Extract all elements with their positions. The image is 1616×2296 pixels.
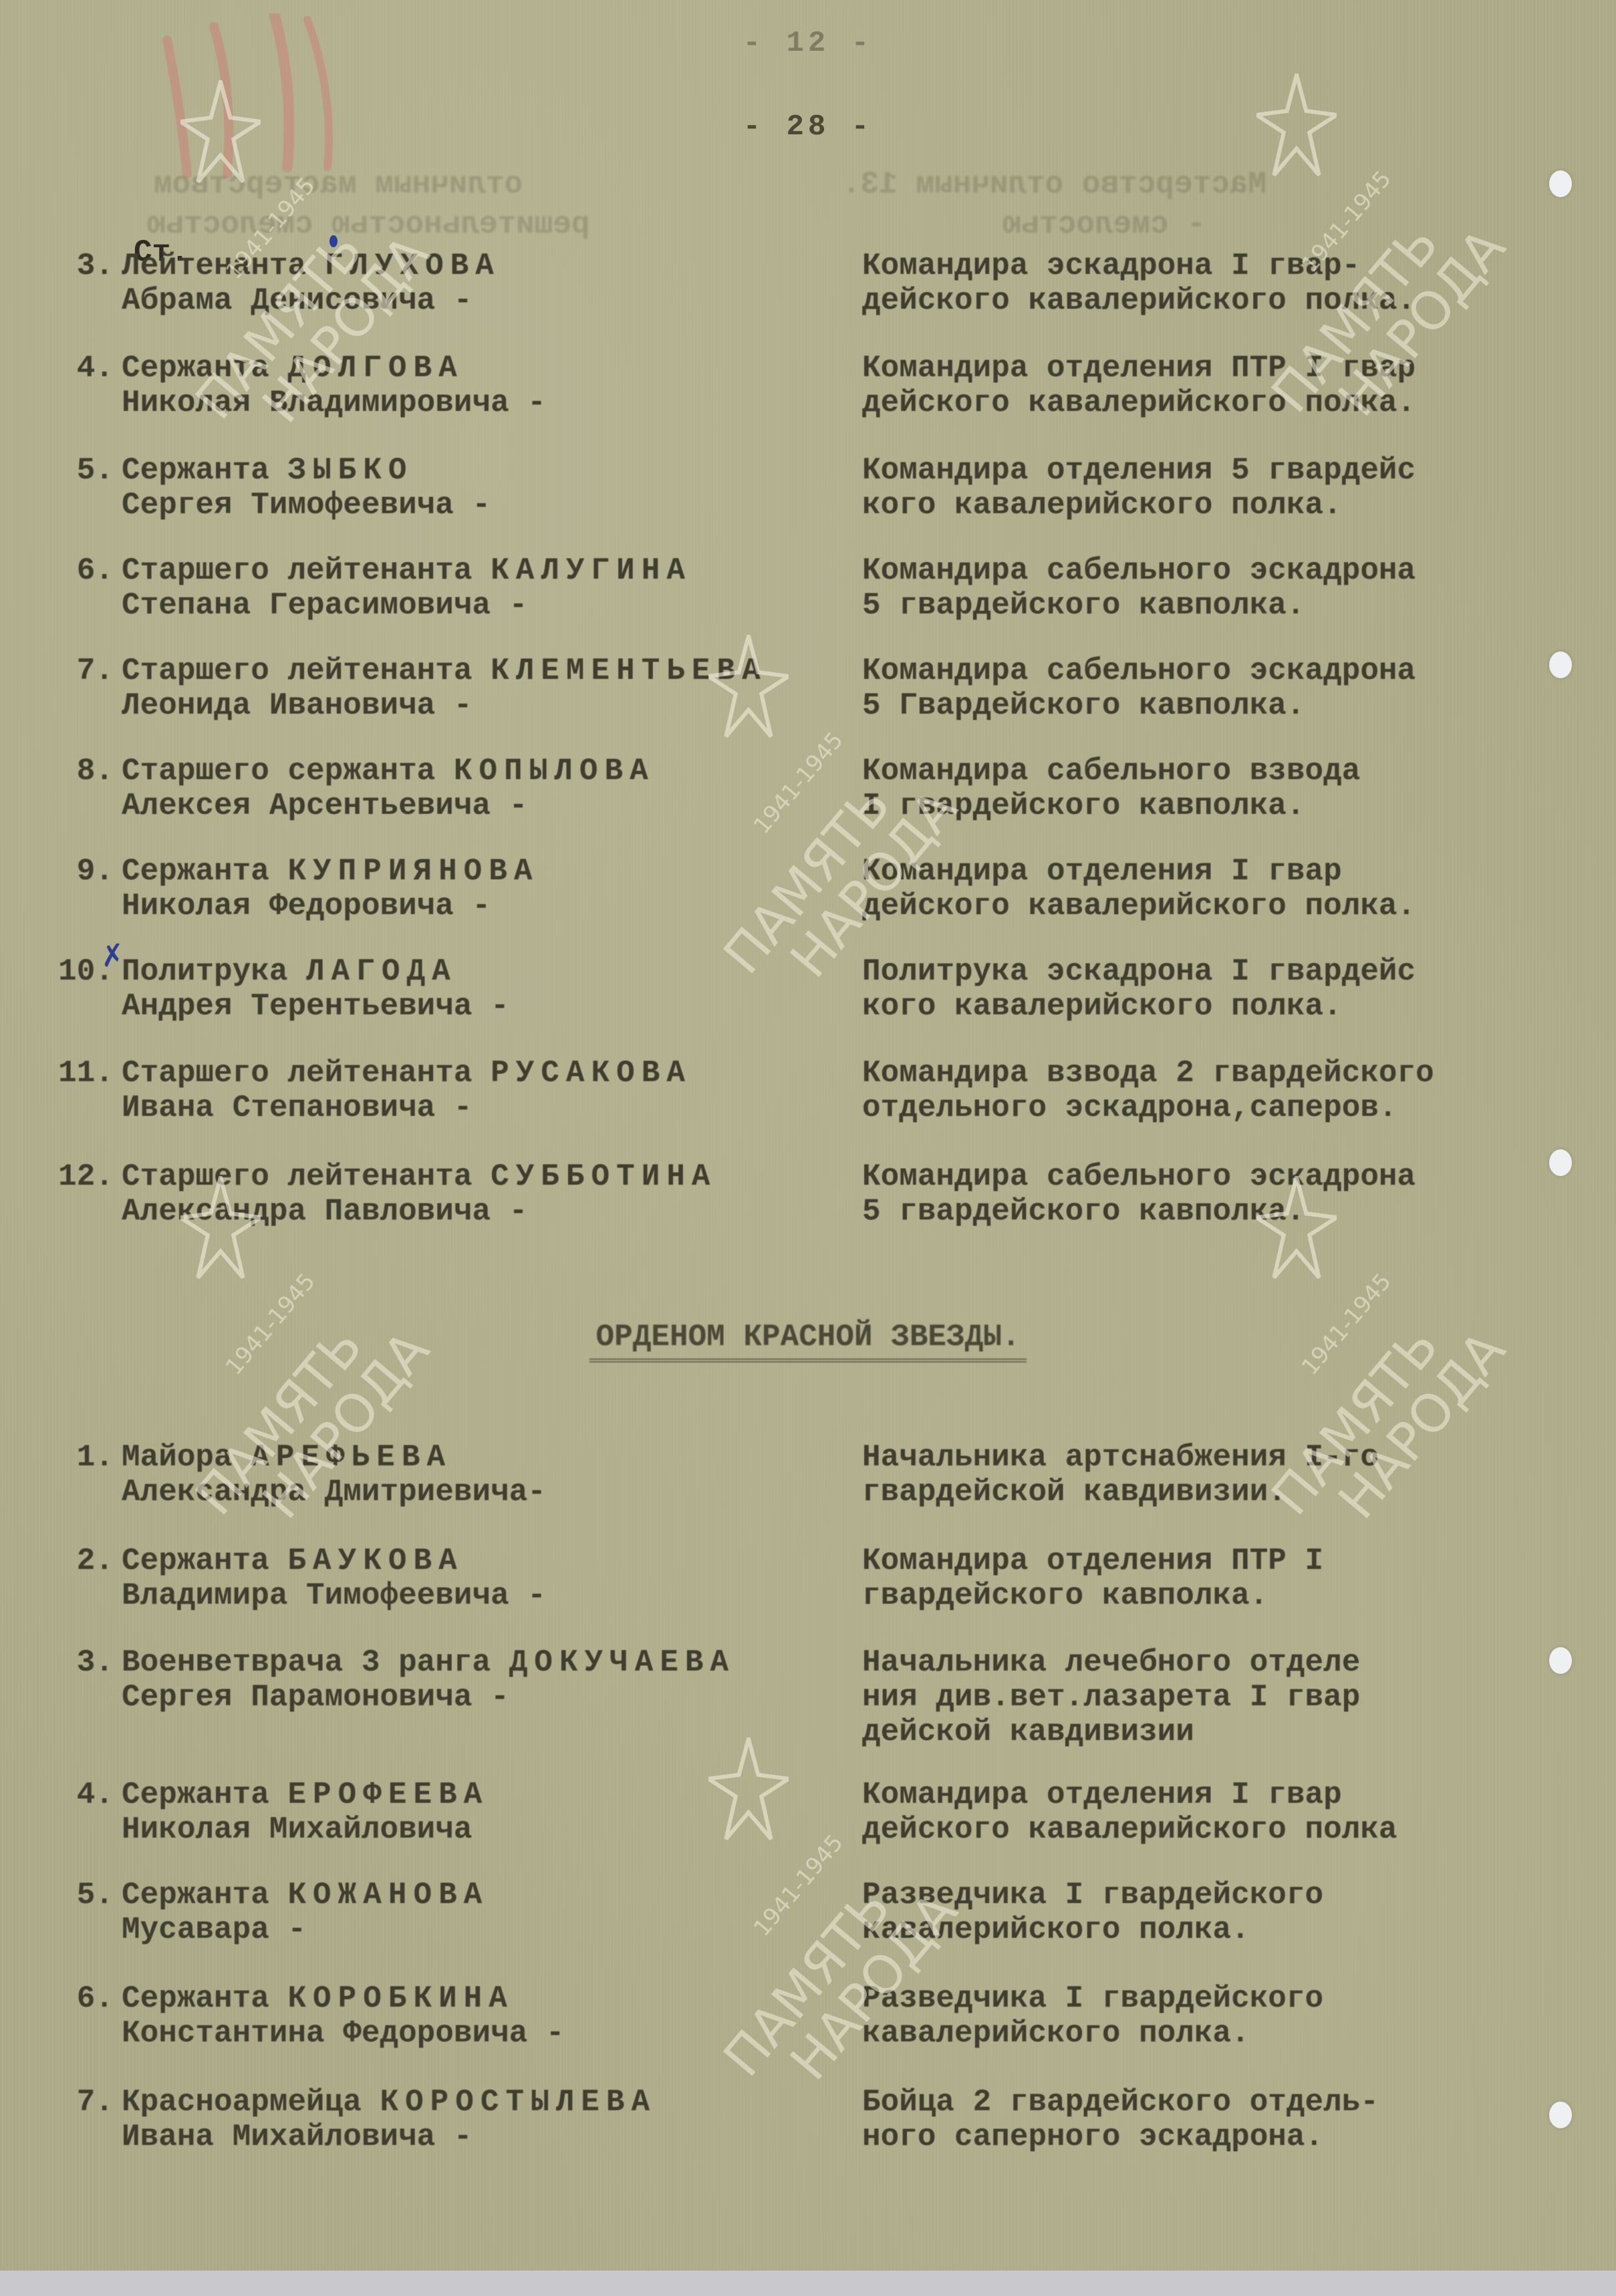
awardee-given-names: Андрея Терентьевича - [53,989,509,1024]
entry-number: 5. [53,1878,114,1912]
awardee-entry: 2.Сержанта БАУКОВАВладимира Тимофеевича … [53,1544,546,1613]
awardee-surname: АРЕФЬЕВА [251,1440,452,1475]
awardee-position: Начальника лечебного отделе ния див.вет.… [862,1645,1360,1749]
punch-hole [1549,652,1572,678]
awardee-rank: Лейтенанта [122,249,325,283]
awardee-entry: 6.Старшего лейтенанта КАЛУГИНАСтепана Ге… [53,553,692,623]
awardee-given-names: Константина Федоровича - [53,2016,565,2051]
awardee-surname: ДОКУЧАЕВА [509,1645,735,1680]
document-page: - 12 - - 28 - отличным мастерством Масте… [0,0,1616,2271]
awardee-rank: Майора [122,1440,251,1475]
awardee-given-names: Сергея Тимофеевича - [53,488,491,523]
awardee-given-names: Мусавара - [53,1912,489,1947]
awardee-rank: Старшего сержанта [122,754,454,788]
awardee-position: Командира эскадрона I гвар- дейского кав… [862,249,1416,318]
awardee-rank: Старшего лейтенанта [122,654,491,688]
punch-hole [1549,1647,1572,1674]
awardee-given-names: Абрама Денисовича - [53,283,501,318]
awardee-rank: Политрука [122,954,306,989]
awardee-entry: 11.Старшего лейтенанта РУСАКОВАИвана Сте… [53,1056,692,1125]
awardee-entry: 3.Лейтенанта ГЛУХОВААбрама Денисовича - [53,249,501,318]
awardee-surname: ЛАГОДА [306,954,457,989]
awardee-entry: 7.Старшего лейтенанта КЛЕМЕНТЬЕВАЛеонида… [53,654,767,723]
awardee-position: Командира сабельного эскадрона 5 Гвардей… [862,654,1416,723]
awardee-position: Политрука эскадрона I гвардейс кого кава… [862,954,1416,1024]
awardee-given-names: Владимира Тимофеевича - [53,1578,546,1613]
awardee-rank: Сержанта [122,1777,287,1812]
awardee-position: Командира отделения ПТР I гвар дейского … [862,351,1416,420]
awardee-rank: Старшего лейтенанта [122,1056,491,1091]
awardee-position: Разведчика I гвардейского кавалерийского… [862,1981,1323,2051]
entry-number: 3. [53,1645,114,1680]
awardee-entry: 5.Сержанта КОЖАНОВАМусавара - [53,1878,489,1947]
punch-hole [1549,170,1572,197]
ink-mark [329,235,338,247]
awardee-position: Командира отделения 5 гвардейс кого кава… [862,453,1416,523]
awardee-rank: Красноармейца [122,2085,380,2120]
bleed-through-text: решительностью смелостью [147,207,590,242]
awardee-position: Командира отделения ПТР I гвардейского к… [862,1544,1323,1613]
awardee-position: Командира отделения I гвар дейского кава… [862,854,1416,923]
awardee-given-names: Ивана Михайловича - [53,2120,656,2154]
awardee-entry: 1.Майора АРЕФЬЕВААлександра Дмитриевича- [53,1440,546,1510]
bleed-through-text: Мастерство отличным 13. [842,167,1266,202]
awardee-rank: Сержанта [122,1981,287,2016]
bleed-through-text: отличным мастерством [154,167,523,202]
entry-number: 1. [53,1440,114,1475]
entry-number: 6. [53,1981,114,2016]
awardee-given-names: Сергея Парамоновича - [53,1680,735,1715]
awardee-surname: РУСАКОВА [491,1056,692,1091]
awardee-surname: БАУКОВА [287,1544,463,1578]
awardee-given-names: Николая Федоровича - [53,889,539,923]
awardee-rank: Военветврача 3 ранга [122,1645,509,1680]
faint-page-number: - 12 - [0,27,1616,60]
awardee-surname: ЕРОФЕЕВА [287,1777,489,1812]
star-icon [708,1737,789,1844]
punch-hole [1549,2102,1572,2128]
awardee-position: Командира отделения I гвар дейского кава… [862,1777,1397,1847]
awardee-surname: КОЖАНОВА [287,1878,489,1912]
awardee-given-names: Алексея Арсентьевича - [53,788,655,823]
awardee-surname: КОПЫЛОВА [454,754,655,788]
awardee-entry: 6.Сержанта КОРОБКИНАКонстантина Федорови… [53,1981,565,2051]
entry-number: 6. [53,553,114,588]
awardee-rank: Старшего лейтенанта [122,553,491,588]
awardee-surname: ГЛУХОВА [325,249,501,283]
awardee-rank: Сержанта [122,453,287,488]
awardee-given-names: Александра Дмитриевича- [53,1475,546,1510]
entry-number: 7. [53,654,114,688]
bleed-through-text: - смелостью [1002,207,1206,242]
awardee-position: Бойца 2 гвардейского отдель- ного саперн… [862,2085,1379,2154]
awardee-surname: КАЛУГИНА [491,553,692,588]
awardee-given-names: Николая Михайловича [53,1812,489,1847]
awardee-entry: 10.Политрука ЛАГОДААндрея Терентьевича - [53,954,509,1024]
entry-number: 2. [53,1544,114,1578]
awardee-surname: КЛЕМЕНТЬЕВА [491,654,767,688]
awardee-surname: СУББОТИНА [491,1159,716,1194]
awardee-surname: КОРОБКИНА [287,1981,513,2016]
awardee-entry: 12.Старшего лейтенанта СУББОТИНААлександ… [53,1159,717,1229]
awardee-rank: Сержанта [122,1878,287,1912]
watermark: 1941-1945ПАМЯТЬНАРОДА [1216,107,1497,388]
entry-number: 10. [53,954,114,989]
awardee-given-names: Александра Павловича - [53,1194,717,1229]
awardee-position: Командира сабельного взвода I гвардейско… [862,754,1360,823]
entry-number: 8. [53,754,114,788]
awardee-entry: 8.Старшего сержанта КОПЫЛОВААлексея Арсе… [53,754,655,823]
awardee-given-names: Степана Герасимовича - [53,588,692,623]
awardee-entry: 3.Военветврача 3 ранга ДОКУЧАЕВАСергея П… [53,1645,735,1715]
awardee-surname: ЗЫБКО [287,453,413,488]
section-heading-red-star: ОРДЕНОМ КРАСНОЙ ЗВЕЗДЫ. [0,1320,1616,1354]
awardee-entry: 4.Сержанта ЕРОФЕЕВАНиколая Михайловича [53,1777,489,1847]
awardee-surname: КОРОСТЫЛЕВА [380,2085,656,2120]
awardee-given-names: Леонида Ивановича - [53,688,767,723]
entry-number: 3. [53,249,114,283]
punch-hole [1549,1149,1572,1176]
awardee-given-names: Ивана Степановича - [53,1091,692,1125]
awardee-position: Командира взвода 2 гвардейского отдельно… [862,1056,1434,1125]
awardee-rank: Сержанта [122,1544,287,1578]
awardee-entry: 9.Сержанта КУПРИЯНОВАНиколая Федоровича … [53,854,539,923]
awardee-rank: Сержанта [122,351,287,386]
watermark-years: 1941-1945 [749,1830,849,1942]
awardee-position: Командира сабельного эскадрона 5 гвардей… [862,1159,1416,1229]
entry-number: 5. [53,453,114,488]
page-number: - 28 - [0,110,1616,144]
entry-number: 4. [53,351,114,386]
awardee-entry: 7.Красноармейца КОРОСТЫЛЕВАИвана Михайло… [53,2085,656,2154]
entry-number: 7. [53,2085,114,2120]
awardee-rank: Сержанта [122,854,287,889]
awardee-given-names: Николая Владимировича - [53,386,546,420]
entry-number: 12. [53,1159,114,1194]
entry-number: 4. [53,1777,114,1812]
awardee-position: Начальника артснабжения I-го гвардейской… [862,1440,1379,1510]
awardee-surname: ДОЛГОВА [287,351,463,386]
section-heading-text: ОРДЕНОМ КРАСНОЙ ЗВЕЗДЫ. [589,1320,1027,1362]
watermark-years: 1941-1945 [749,727,849,839]
awardee-rank: Старшего лейтенанта [122,1159,491,1194]
awardee-position: Командира сабельного эскадрона 5 гвардей… [862,553,1416,623]
awardee-entry: 4.Сержанта ДОЛГОВАНиколая Владимировича … [53,351,546,420]
entry-number: 9. [53,854,114,889]
awardee-surname: КУПРИЯНОВА [287,854,539,889]
awardee-position: Разведчика I гвардейского кавалерийского… [862,1878,1323,1947]
entry-number: 11. [53,1056,114,1091]
awardee-entry: 5.Сержанта ЗЫБКОСергея Тимофеевича - [53,453,491,523]
